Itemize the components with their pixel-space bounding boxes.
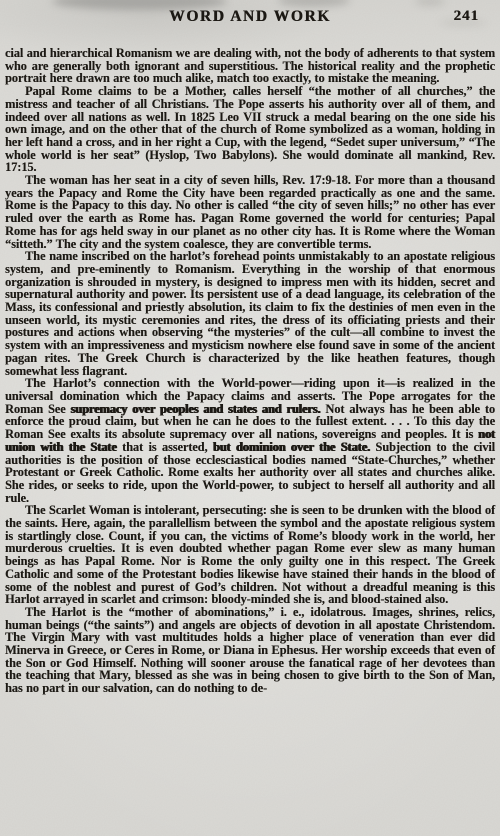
page-body: cial and hierarchical Romanism we are de… [5,47,495,695]
paragraph-6: The Scarlet Woman is intolerant, persecu… [5,504,495,606]
paragraph-4: The name inscribed on the harlot’s foreh… [5,250,495,377]
text-segment: The Harlot is the “mother of abomination… [5,605,495,695]
journal-title: WORD AND WORK [0,8,500,26]
paragraph-5: The Harlot’s connection with the World-p… [5,377,495,504]
paragraph-2: Papal Rome claims to be a Mother, calles… [5,85,495,174]
paragraph-3: The woman has her seat in a city of seve… [5,174,495,250]
text-segment: The Scarlet Woman is intolerant, persecu… [5,503,495,606]
scanned-page: WORD AND WORK 241 cial and hierarchical … [0,0,500,836]
text-segment: Papal Rome claims to be a Mother, calles… [5,84,495,174]
page-header: WORD AND WORK 241 [0,0,500,41]
text-segment: cial and hierarchical Romanism we are de… [5,46,495,85]
paragraph-7: The Harlot is the “mother of abomination… [5,606,495,695]
paragraph-1: cial and hierarchical Romanism we are de… [5,47,495,85]
page-number: 241 [454,8,480,25]
text-segment: The woman has her seat in a city of seve… [5,173,495,251]
text-segment: The name inscribed on the harlot’s foreh… [5,249,495,377]
